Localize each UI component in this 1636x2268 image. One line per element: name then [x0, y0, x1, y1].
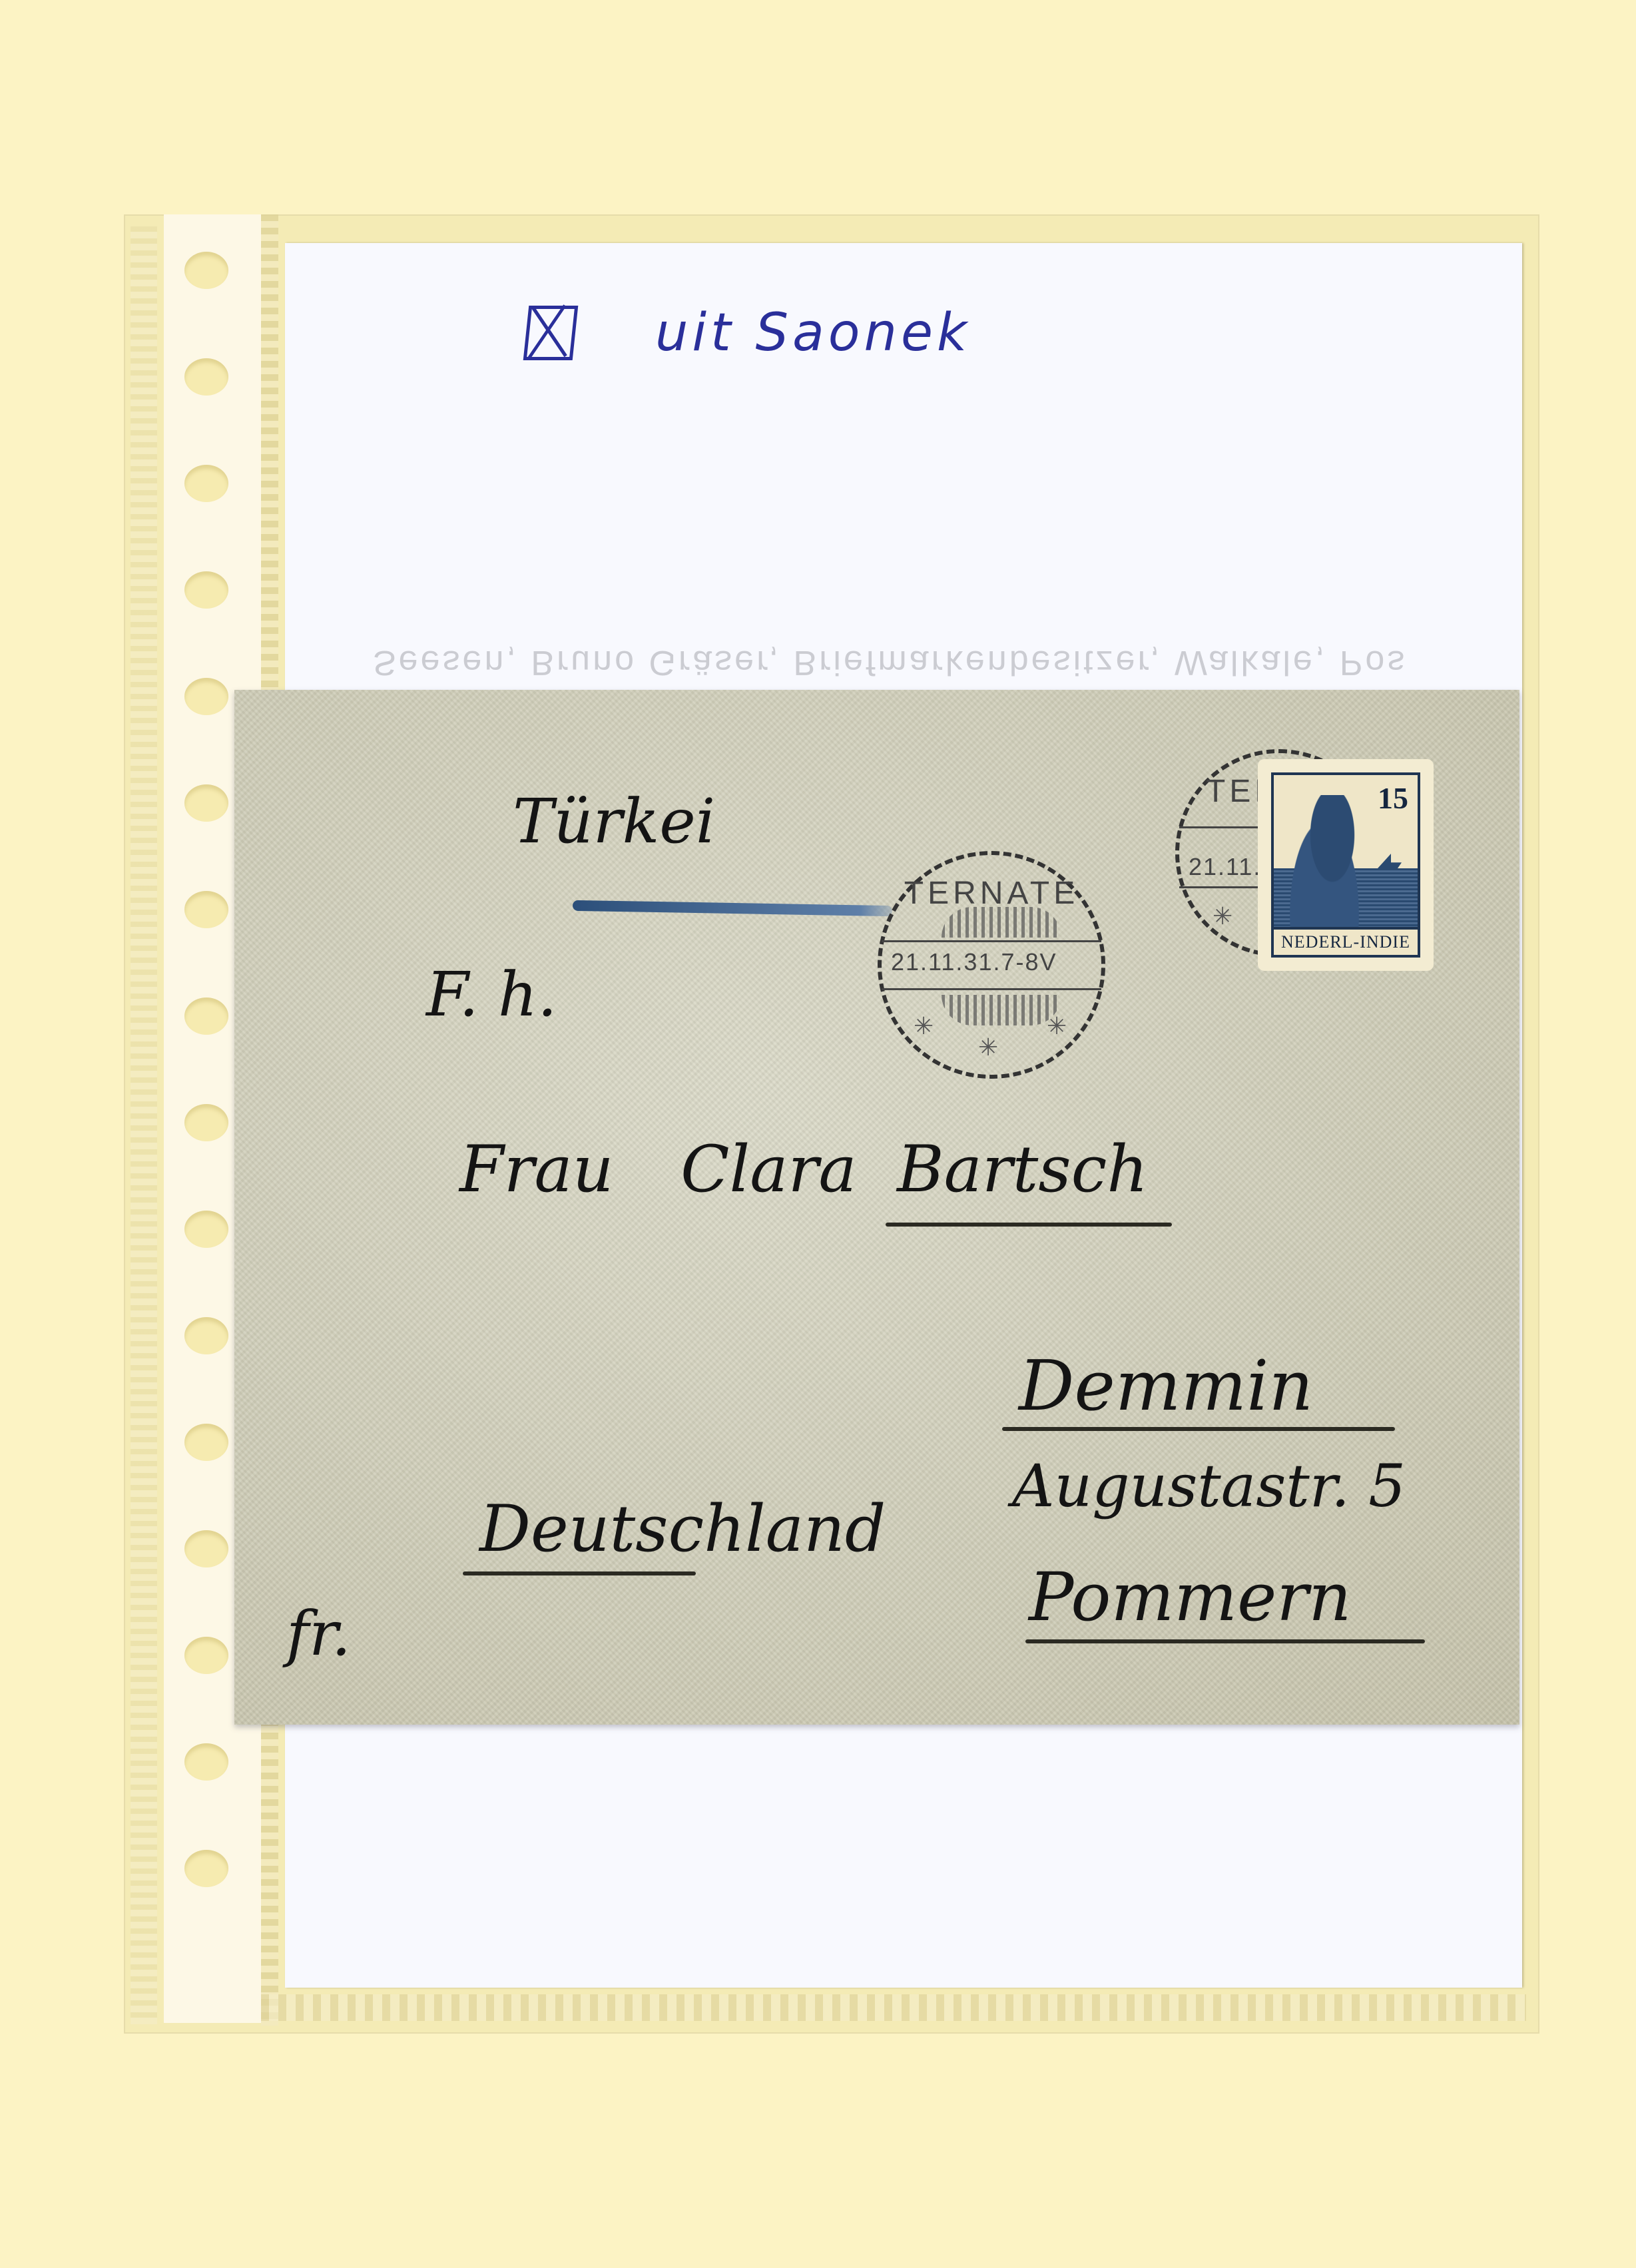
addressee-line: Frau Clara Bartsch [459, 1132, 1148, 1207]
addressee-title: Frau [459, 1132, 614, 1207]
address-city: Demmin [1019, 1345, 1313, 1426]
country-underline [463, 1571, 696, 1575]
sleeve-perforation-left [131, 226, 157, 2024]
binder-hole [184, 1530, 228, 1567]
star-icon: ✳ [1047, 1012, 1067, 1040]
stamp-value: 15 [1378, 780, 1408, 816]
postmark-date: 21.11.31.7-8V [891, 948, 1101, 976]
binder-hole [184, 1637, 228, 1674]
addressee-last-name: Bartsch [897, 1132, 1148, 1207]
star-icon: ✳ [914, 1012, 934, 1040]
binder-hole [184, 571, 228, 609]
postmark-town: TERNATE [882, 875, 1101, 912]
postmark-rule [882, 988, 1101, 990]
postmark-hatch-bottom [942, 995, 1061, 1025]
address-country: Deutschland [479, 1492, 886, 1566]
ship-icon [1375, 854, 1402, 868]
postage-stamp: 15 NEDERL-INDIE [1262, 763, 1430, 967]
binder-hole [184, 784, 228, 822]
postmark-hatch-top [942, 907, 1061, 938]
postmark-rule [882, 940, 1101, 942]
binder-hole [184, 678, 228, 715]
postmark-cover: TERNATE 21.11.31.7-8V ✳ ✳ ✳ [878, 851, 1105, 1079]
binder-hole [184, 891, 228, 928]
checked-box-icon [523, 306, 579, 360]
binder-hole [184, 465, 228, 502]
binder-hole [184, 252, 228, 289]
stamp-frame: 15 NEDERL-INDIE [1271, 772, 1420, 958]
bleed-through-text: Seesen, Bruno Gräser, Briefmarkenbesitze… [373, 656, 1505, 683]
binder-hole [184, 358, 228, 396]
address-street: Augustastr. 5 [1012, 1452, 1406, 1520]
star-icon: ✳ [978, 1033, 998, 1061]
route-note: Türkei [513, 786, 715, 857]
addressee-underline [886, 1223, 1172, 1227]
city-underline [1002, 1427, 1395, 1431]
annotation-text: uit Saonek [655, 303, 971, 363]
binder-hole [184, 1211, 228, 1248]
binder-hole [184, 1850, 228, 1887]
franking-note: fr. [286, 1598, 351, 1669]
binder-hole [184, 997, 228, 1035]
queen-portrait-icon [1288, 795, 1368, 928]
binder-hole [184, 1104, 228, 1141]
address-region: Pommern [1029, 1558, 1351, 1636]
binder-hole [184, 1317, 228, 1354]
salutation: F. h. [426, 959, 557, 1030]
binder-hole [184, 1743, 228, 1781]
sleeve-perforation-bottom [261, 1994, 1526, 2021]
album-annotation: uit Saonek [526, 303, 971, 363]
stamp-country-label: NEDERL-INDIE [1274, 927, 1418, 955]
region-underline [1025, 1639, 1425, 1643]
addressee-first-name: Clara [681, 1132, 857, 1207]
binder-hole [184, 1424, 228, 1461]
star-icon: ✳ [1213, 902, 1232, 930]
